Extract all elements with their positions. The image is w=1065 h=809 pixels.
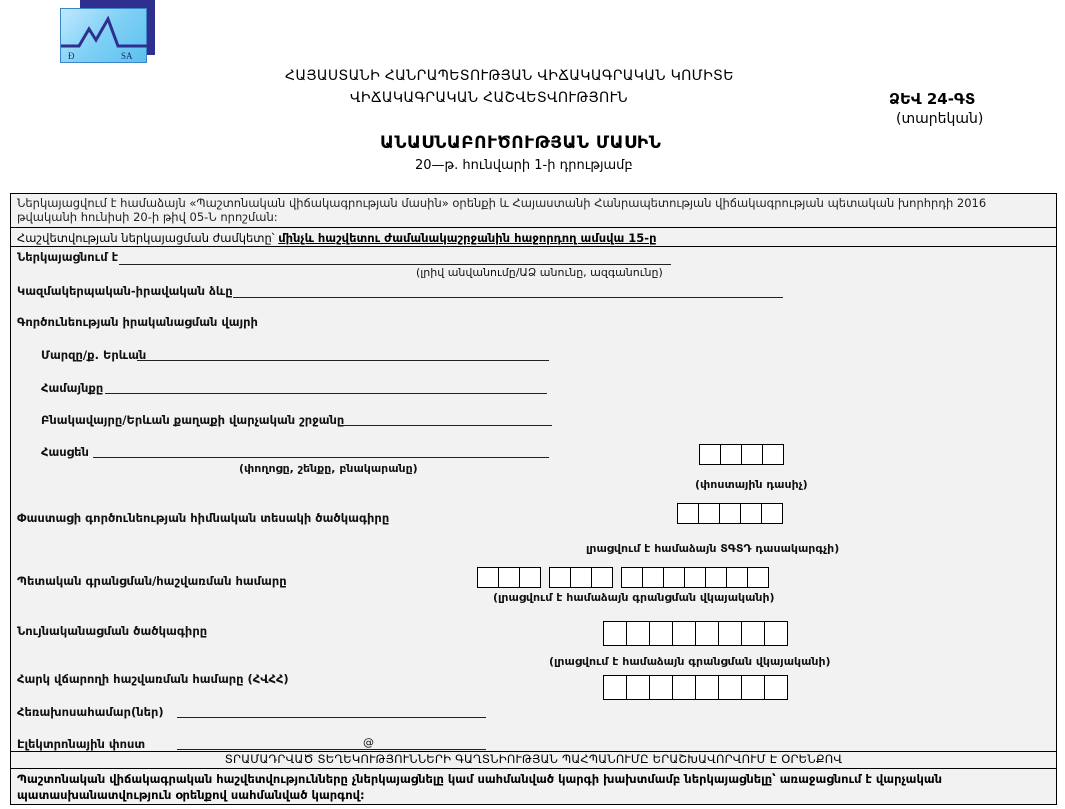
registration-digit[interactable] (705, 567, 727, 588)
postal-code-digit[interactable] (699, 444, 721, 465)
registration-label: Պետական գրանցման/հաշվառման համարը (17, 574, 287, 588)
address-hint: (փողոցը, շենքը, բնակարանը) (239, 462, 418, 475)
identification-digit[interactable] (649, 621, 673, 646)
logo-right-label: SA (121, 51, 133, 61)
registration-digit[interactable] (642, 567, 664, 588)
tax-id-digit[interactable] (603, 675, 627, 700)
registration-digit[interactable] (726, 567, 748, 588)
address-label: Հասցեն (41, 445, 89, 459)
identification-digit[interactable] (626, 621, 650, 646)
identification-digit[interactable] (718, 621, 742, 646)
logo-left-label: Ð (68, 51, 75, 61)
form-period: (տարեկան) (896, 111, 983, 127)
registration-digit[interactable] (519, 567, 541, 588)
community-field[interactable] (105, 393, 547, 394)
tax-id-digit[interactable] (741, 675, 765, 700)
form-title: ԱՆԱՍՆԱԲՈՒԾՈՒԹՅԱՆ ՄԱՍԻՆ (380, 133, 661, 153)
divider (11, 246, 1056, 247)
submitter-field[interactable] (119, 264, 671, 265)
divider (11, 768, 1056, 769)
form-frame: Ներկայացվում է համաձայն «Պաշտոնական վիճա… (10, 193, 1057, 805)
registration-boxes (477, 567, 769, 588)
phone-label: Հեռախոսահամար(ներ) (17, 705, 164, 719)
activity-code-label: Փաստացի գործունեության հիմնական տեսակի ծ… (17, 511, 389, 525)
identification-digit[interactable] (672, 621, 696, 646)
tax-id-boxes (603, 675, 788, 700)
identification-digit[interactable] (603, 621, 627, 646)
registration-digit[interactable] (498, 567, 520, 588)
tax-id-digit[interactable] (672, 675, 696, 700)
activity-code-hint: լրացվում է համաձայն ՏԳՏԴ դասակարգչի) (586, 542, 839, 555)
form-code: ՁԵՎ 24-ԳՏ (889, 90, 975, 108)
registration-digit[interactable] (684, 567, 706, 588)
committee-name: ՀԱՅԱՍՏԱՆԻ ՀԱՆՐԱՊԵՏՈՒԹՅԱՆ ՎԻՃԱԿԱԳՐԱԿԱՆ ԿՈ… (285, 68, 734, 84)
tax-id-label: Հարկ վճարողի հաշվառման համարը (ՀՎՀՀ) (17, 672, 289, 686)
registration-digit[interactable] (549, 567, 571, 588)
activity-code-digit[interactable] (719, 503, 741, 524)
tax-id-digit[interactable] (718, 675, 742, 700)
email-label: Էլեկտրոնային փոստ (17, 737, 145, 751)
email-field[interactable] (177, 749, 486, 750)
identification-label: Նույնականացման ծածկագիրը (17, 624, 207, 638)
registration-digit[interactable] (570, 567, 592, 588)
settlement-field[interactable] (341, 425, 552, 426)
liability-warning: Պաշտոնական վիճակագրական հաշվետվություննե… (17, 771, 1047, 803)
legal-form-label: Կազմակերպական-իրավական ձևը (17, 284, 233, 298)
deadline-text: Հաշվետվության ներկայացման ժամկետը՝ մինչև… (17, 231, 656, 245)
activity-code-digit[interactable] (740, 503, 762, 524)
legal-basis-text: Ներկայացվում է համաձայն «Պաշտոնական վիճա… (17, 196, 1047, 224)
form-subtitle: 20—թ. հունվարի 1-ի դրությամբ (415, 158, 633, 173)
tax-id-digit[interactable] (764, 675, 788, 700)
region-field[interactable] (137, 360, 549, 361)
divider (11, 227, 1056, 228)
postal-code-digit[interactable] (720, 444, 742, 465)
registration-digit[interactable] (621, 567, 643, 588)
deadline-label: Հաշվետվության ներկայացման ժամկետը՝ (17, 231, 278, 245)
registration-digit[interactable] (591, 567, 613, 588)
postal-code-digit[interactable] (741, 444, 763, 465)
registration-digit[interactable] (747, 567, 769, 588)
identification-hint: (լրացվում է համաձայն գրանցման վկայականի) (549, 655, 831, 668)
activity-code-digit[interactable] (677, 503, 699, 524)
identification-boxes (603, 621, 788, 646)
phone-field[interactable] (177, 717, 486, 718)
community-label: Համայնքը (41, 381, 103, 395)
identification-digit[interactable] (741, 621, 765, 646)
confidentiality-notice: ՏՐԱՄԱԴՐՎԱԾ ՏԵՂԵԿՈՒԹՅՈՒՆՆԵՐԻ ԳԱՂՏՆԻՈՒԹՅԱՆ… (11, 752, 1056, 766)
report-type: ՎԻՃԱԿԱԳՐԱԿԱՆ ՀԱՇՎԵՏՎՈՒԹՅՈՒՆ (350, 90, 628, 106)
region-label: Մարզը/ք. Երևան (41, 348, 146, 362)
submitter-label: Ներկայացնում է (17, 250, 118, 264)
statistics-committee-logo: Ð SA (60, 8, 147, 63)
settlement-label: Բնակավայրը/Երևան քաղաքի վարչական շրջանը (41, 413, 344, 427)
submitter-hint: (լրիվ անվանումը/ԱՁ անունը, ազգանունը) (416, 266, 663, 279)
address-field[interactable] (93, 457, 549, 458)
postal-code-boxes (699, 444, 784, 465)
email-at-sign: @ (363, 736, 374, 749)
deadline-value: մինչև հաշվետու ժամանակաշրջանին հաջորդող … (278, 231, 656, 245)
tax-id-digit[interactable] (649, 675, 673, 700)
identification-digit[interactable] (764, 621, 788, 646)
registration-digit[interactable] (663, 567, 685, 588)
registration-digit[interactable] (477, 567, 499, 588)
activity-code-boxes (677, 503, 783, 524)
activity-code-digit[interactable] (761, 503, 783, 524)
location-heading: Գործունեության իրականացման վայրի (17, 315, 258, 329)
tax-id-digit[interactable] (695, 675, 719, 700)
activity-code-digit[interactable] (698, 503, 720, 524)
registration-hint: (լրացվում է համաձայն գրանցման վկայականի) (493, 591, 775, 604)
legal-form-field[interactable] (233, 297, 783, 298)
postal-code-hint: (փոստային դասիչ) (695, 478, 808, 491)
tax-id-digit[interactable] (626, 675, 650, 700)
identification-digit[interactable] (695, 621, 719, 646)
postal-code-digit[interactable] (762, 444, 784, 465)
